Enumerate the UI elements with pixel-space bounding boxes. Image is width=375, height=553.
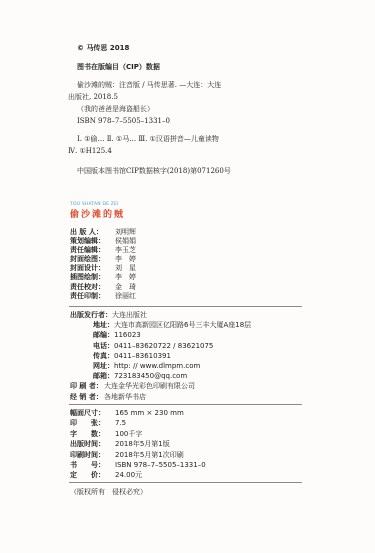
spec-row: 幅面尺寸：165 mm × 230 mm: [70, 408, 206, 418]
spec-row: 定 价：24.00元: [70, 470, 206, 480]
cip-approval-number: 中国版本图书馆CIP数据核字(2018)第071260号: [77, 166, 231, 176]
spec-row: 书 号：ISBN 978–7–5505–1331–0: [70, 460, 206, 470]
cip-class-line-2: Ⅳ. ①H125.4: [68, 146, 112, 156]
cip-class-line-1: Ⅰ. ①偷… Ⅱ. ①马… Ⅲ. ①汉语拼音—儿童读物: [77, 134, 219, 144]
copyright-year: 2018: [110, 44, 129, 52]
series-logo: TOU SHATAN DE ZEI 偷沙滩的贼: [70, 202, 125, 220]
copyright-line: © 马传思 2018: [77, 43, 129, 53]
divider: [69, 482, 302, 483]
publisher-issuer: 出版发行者：大连出版社: [70, 310, 251, 320]
publisher-email: 邮箱：723183450@qq.com: [70, 371, 251, 381]
spec-row: 出版时间：2018年5月第1版: [70, 439, 206, 449]
divider: [69, 404, 302, 405]
credit-row: 封面绘图：李 婷: [70, 255, 136, 264]
series-title: 偷沙滩的贼: [70, 207, 125, 220]
copyright-symbol: ©: [77, 44, 84, 52]
spec-row: 印 张：7.5: [70, 418, 206, 428]
publisher-postcode: 邮编：116023: [70, 330, 251, 340]
copyright-holder: 马传思: [86, 44, 107, 52]
distributor: 经 销 者：各地新华书店: [70, 392, 251, 402]
credits-list: 出 版 人：刘明辉 策划编辑：侯娟娟 责任编辑：李玉芝 封面绘图：李 婷 封面设…: [70, 228, 136, 301]
printer: 印 刷 者：大连金华光彩色印刷有限公司: [70, 381, 251, 391]
divider: [69, 306, 302, 307]
credit-row: 责任校对：金 琦: [70, 283, 136, 292]
cip-entry-line-3: （我的爸爸是海盗船长）: [77, 104, 154, 114]
publisher-phone: 电话：0411–83620722 / 83621075: [70, 341, 251, 351]
publisher-website: 网址：http: // www.dlmpm.com: [70, 361, 251, 371]
credit-row: 责任编辑：李玉芝: [70, 246, 136, 255]
credit-row: 策划编辑：侯娟娟: [70, 237, 136, 246]
credit-row: 责任印制：徐丽红: [70, 292, 136, 301]
publisher-info: 出版发行者：大连出版社 地址：大连市高新园区亿阳路6号三丰大厦A座18层 邮编：…: [70, 310, 251, 402]
publisher-address: 地址：大连市高新园区亿阳路6号三丰大厦A座18层: [70, 320, 251, 330]
spec-row: 字 数：100千字: [70, 429, 206, 439]
credit-row: 出 版 人：刘明辉: [70, 228, 136, 237]
publisher-fax: 传真：0411–83610391: [70, 351, 251, 361]
cip-isbn: ISBN 978–7–5505–1331–0: [77, 116, 170, 126]
credit-row: 插图绘制：李 婷: [70, 273, 136, 282]
cip-entry-line-2: 出版社, 2018.5: [68, 92, 118, 102]
cip-heading: 图书在版编目（CIP）数据: [77, 62, 160, 72]
specs-list: 幅面尺寸：165 mm × 230 mm 印 张：7.5 字 数：100千字 出…: [70, 408, 206, 481]
rights-notice: （版权所有 侵权必究）: [70, 487, 147, 497]
spec-row: 印刷时间：2018年5月第1次印刷: [70, 450, 206, 460]
cip-entry-line-1: 偷沙滩的贼：注音版 / 马传思著. —大连：大连: [77, 80, 221, 90]
